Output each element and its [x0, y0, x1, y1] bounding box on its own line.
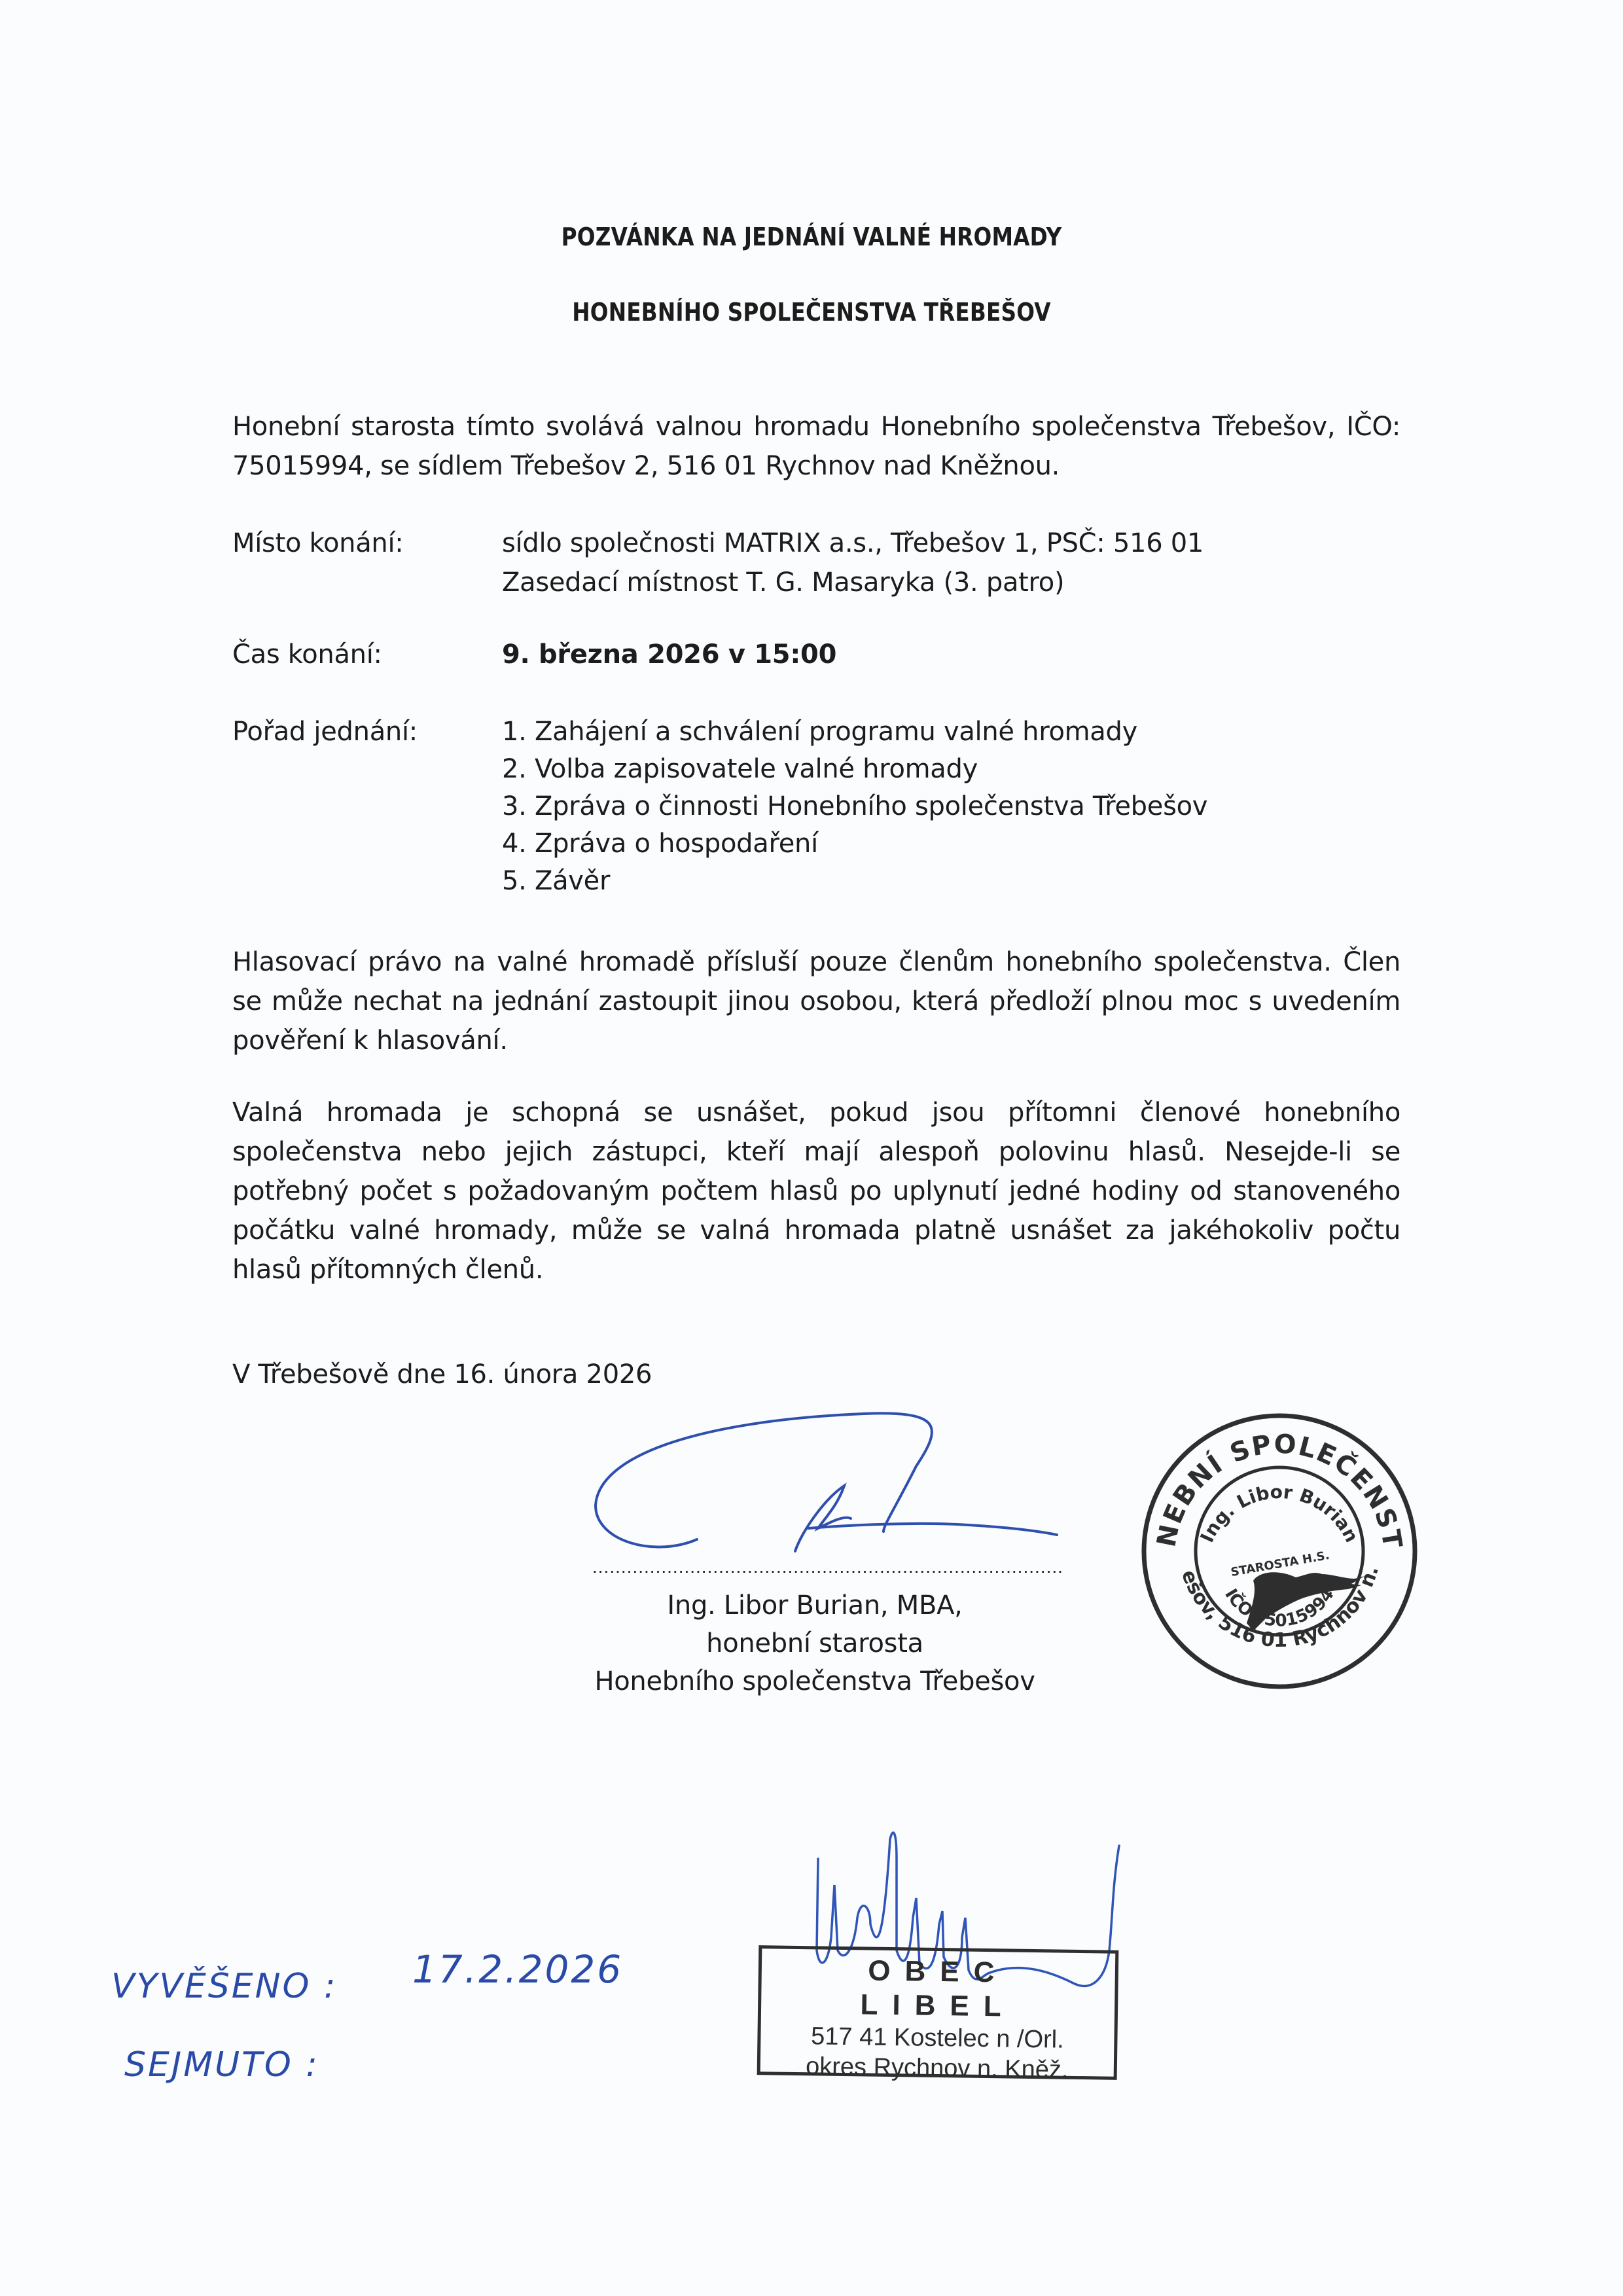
signature-block: ........................................…	[592, 1556, 1037, 1700]
agenda-label: Pořad jednání:	[232, 713, 502, 900]
place-line-1: sídlo společnosti MATRIX a.s., Třebešov …	[502, 524, 1400, 563]
svg-text:HONEBNÍ SPOLEČENSTVO: HONEBNÍ SPOLEČENSTVO	[1135, 1407, 1408, 1551]
stamp-obec: OBEC	[768, 1952, 1109, 1991]
agenda-item: 5. Závěr	[502, 863, 1400, 900]
stamp-address: 517 41 Kostelec n /Orl.	[767, 2020, 1108, 2055]
quorum-paragraph: Valná hromada je schopná se usnášet, pok…	[232, 1093, 1400, 1289]
signatory-name: Ing. Libor Burian, MBA,	[592, 1587, 1037, 1624]
time-value: 9. března 2026 v 15:00	[502, 635, 1400, 674]
stamp-outer-top: HONEBNÍ SPOLEČENSTVO	[1135, 1407, 1408, 1551]
agenda-item: 1. Zahájení a schválení programu valné h…	[502, 713, 1400, 751]
agenda: Pořad jednání: 1. Zahájení a schválení p…	[232, 713, 1400, 900]
removed-label: SEJMUTO :	[124, 2045, 319, 2085]
place-label: Místo konání:	[232, 524, 502, 602]
signature-line: ........................................…	[592, 1556, 1037, 1577]
signatory-organization: Honebního společenstva Třebešov	[592, 1662, 1037, 1700]
document-subtitle: HONEBNÍHO SPOLEČENSTVA TŘEBEŠOV	[114, 298, 1510, 327]
meeting-time: Čas konání: 9. března 2026 v 15:00	[232, 635, 1400, 674]
meeting-place: Místo konání: sídlo společnosti MATRIX a…	[232, 524, 1400, 602]
municipal-stamp: OBEC LIBEL 517 41 Kostelec n /Orl. okres…	[757, 1945, 1119, 2080]
document-title: POZVÁNKA NA JEDNÁNÍ VALNÉ HROMADY	[114, 223, 1510, 251]
stamp-district: okres Rychnov n. Kněž.	[767, 2051, 1108, 2085]
agenda-item: 2. Volba zapisovatele valné hromady	[502, 751, 1400, 788]
signatory-role: honební starosta	[592, 1624, 1037, 1662]
signature-scribble-icon	[576, 1401, 1073, 1558]
place-and-date: V Třebešově dne 16. února 2026	[232, 1355, 652, 1394]
intro-paragraph: Honební starosta tímto svolává valnou hr…	[232, 407, 1400, 486]
place-line-2: Zasedací místnost T. G. Masaryka (3. pat…	[502, 563, 1400, 602]
stamp-libel: LIBEL	[768, 1986, 1109, 2025]
round-stamp-icon: HONEBNÍ SPOLEČENSTVO Třebešov, 516 01 Ry…	[1135, 1407, 1423, 1695]
posted-date: 17.2.2026	[412, 1947, 623, 1992]
agenda-item: 4. Zpráva o hospodaření	[502, 825, 1400, 863]
agenda-list: 1. Zahájení a schválení programu valné h…	[502, 713, 1400, 900]
document-page: POZVÁNKA NA JEDNÁNÍ VALNÉ HROMADY HONEBN…	[0, 0, 1623, 2296]
voting-rights-paragraph: Hlasovací právo na valné hromadě přísluš…	[232, 942, 1400, 1060]
agenda-item: 3. Zpráva o činnosti Honebního společens…	[502, 788, 1400, 825]
posted-label: VYVĚŠENO :	[111, 1967, 338, 2006]
time-label: Čas konání:	[232, 635, 502, 674]
